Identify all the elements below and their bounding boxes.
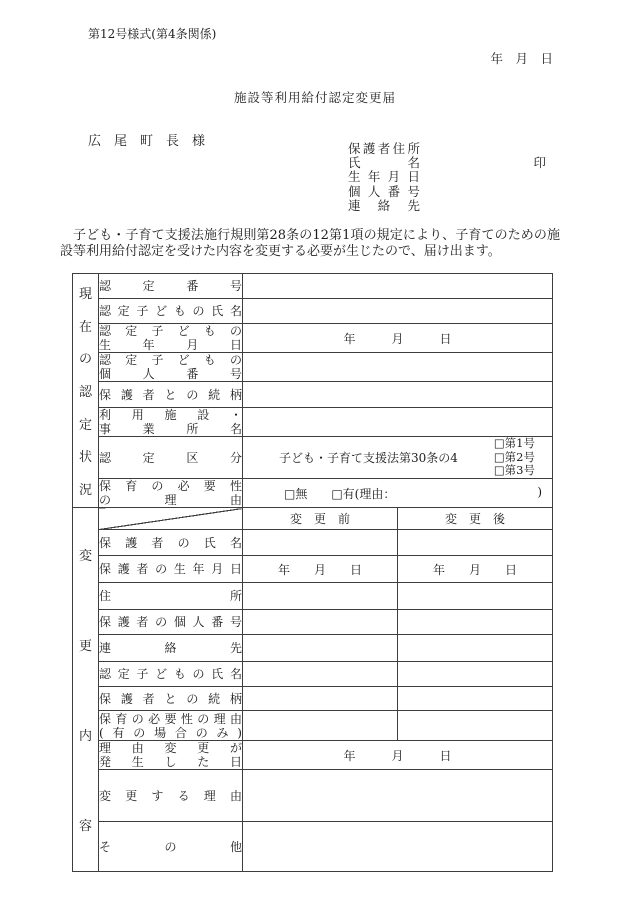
certification-category-law-text: 子ども・子育て支援法第30条の4 <box>243 449 494 466</box>
guardian-address-line: 保護者住所 <box>348 142 552 156</box>
address-before-field[interactable] <box>243 583 398 610</box>
necessity-reason-after-field[interactable] <box>398 711 553 741</box>
guardian-contact-label: 連絡先 <box>348 199 420 213</box>
child-name-before-field[interactable] <box>243 662 398 687</box>
table-row: 認定区分 子ども・子育て支援法第30条の4 □第1号 □第2号 □第3号 <box>73 437 553 479</box>
guardian-personal-number-row-label: 保護者の個人番号 <box>99 610 243 635</box>
guardian-personal-number-before-field[interactable] <box>243 610 398 635</box>
form-document-page: 第12号様式(第4条関係) 年 月 日 施設等利用給付認定変更届 広 尾 町 長… <box>0 0 630 903</box>
certification-category-label: 認定区分 <box>99 437 243 479</box>
certification-change-table: 現 在 の 認 定 状 況 認定番号 認定子どもの氏名 <box>72 273 553 872</box>
guardian-name-label: 氏名 <box>348 156 420 170</box>
table-row: 認定子どもの 生年月日 年 月 日 <box>73 324 553 353</box>
table-row: 認定子どもの 個人番号 <box>73 353 553 382</box>
relationship-field[interactable] <box>243 382 553 408</box>
other-field[interactable] <box>243 822 553 872</box>
certified-child-personal-number-label: 認定子どもの 個人番号 <box>99 353 243 382</box>
relationship-row-label: 保護者との続柄 <box>99 687 243 711</box>
change-section-label: 変 更 内 容 <box>73 508 99 872</box>
certified-child-name-label: 認定子どもの氏名 <box>99 299 243 324</box>
submission-date: 年 月 日 <box>490 49 553 67</box>
table-row: 変更する理由 <box>73 770 553 822</box>
table-row: 現 在 の 認 定 状 況 認定番号 <box>73 274 553 299</box>
table-row: 利用施設・ 事業所名 <box>73 408 553 437</box>
relationship-after-field[interactable] <box>398 687 553 711</box>
table-row: 変 更 内 容 変 更 前 変 更 後 <box>73 508 553 530</box>
guardian-name-row-label: 保護者の氏名 <box>99 530 243 556</box>
certification-number-label: 認定番号 <box>99 274 243 299</box>
guardian-name-line: 氏名 印 <box>348 156 552 170</box>
facility-name-field[interactable] <box>243 408 553 437</box>
relationship-before-field[interactable] <box>243 687 398 711</box>
table-row: 保護者との続柄 <box>73 687 553 711</box>
certified-child-birthdate-field[interactable]: 年 月 日 <box>243 324 553 353</box>
table-row: 住所 <box>73 583 553 610</box>
child-name-row-label: 認定子どもの氏名 <box>99 662 243 687</box>
childcare-necessity-label: 保育の必要性 の理由 <box>99 479 243 508</box>
guardian-birthdate-after-field[interactable]: 年 月 日 <box>398 556 553 583</box>
guardian-personal-number-line: 個人番号 <box>348 185 552 199</box>
checkbox-category-3[interactable]: □第3号 <box>494 464 535 478</box>
table-row: 保護者との続柄 <box>73 382 553 408</box>
change-reason-field[interactable] <box>243 770 553 822</box>
certified-child-personal-number-field[interactable] <box>243 353 553 382</box>
relationship-label: 保護者との続柄 <box>99 382 243 408</box>
guardian-contact-line: 連絡先 <box>348 199 552 213</box>
certification-category-field: 子ども・子育て支援法第30条の4 □第1号 □第2号 □第3号 <box>243 437 553 479</box>
table-row: 保育の必要性 の理由 □無 □有(理由： ) <box>73 479 553 508</box>
guardian-personal-number-after-field[interactable] <box>398 610 553 635</box>
child-name-after-field[interactable] <box>398 662 553 687</box>
column-header-after: 変 更 後 <box>398 508 553 530</box>
table-row: 保護者の氏名 <box>73 530 553 556</box>
seal-mark: 印 <box>533 156 552 170</box>
contact-after-field[interactable] <box>398 635 553 662</box>
address-after-field[interactable] <box>398 583 553 610</box>
necessity-reason-row-label: 保育の必要性の理由 (有の場合のみ) <box>99 711 243 741</box>
addressee-mayor: 広 尾 町 長 様 <box>88 130 205 149</box>
certification-number-field[interactable] <box>243 274 553 299</box>
declaration-text: 子ども・子育て支援法施行規則第28条の12第1項の規定により、子育てのための施設… <box>60 228 560 259</box>
table-row: 連絡先 <box>73 635 553 662</box>
diagonal-divider-cell <box>99 508 243 530</box>
other-label: その他 <box>99 822 243 872</box>
change-reason-label: 変更する理由 <box>99 770 243 822</box>
table-row: 保育の必要性の理由 (有の場合のみ) <box>73 711 553 741</box>
applicant-block: 保護者住所 氏名 印 生年月日 個人番号 連絡先 <box>348 142 552 213</box>
guardian-birthdate-before-field[interactable]: 年 月 日 <box>243 556 398 583</box>
table-row: その他 <box>73 822 553 872</box>
checkbox-category-1[interactable]: □第1号 <box>494 437 535 451</box>
table-row: 認定子どもの氏名 <box>73 299 553 324</box>
reason-change-date-field[interactable]: 年 月 日 <box>243 741 553 770</box>
address-row-label: 住所 <box>99 583 243 610</box>
necessity-reason-close-paren: ) <box>537 485 542 502</box>
guardian-birthdate-label: 生年月日 <box>348 170 420 184</box>
reason-change-date-label: 理由変更が 発生した日 <box>99 741 243 770</box>
form-code: 第12号様式(第4条関係) <box>88 25 216 42</box>
guardian-birthdate-line: 生年月日 <box>348 170 552 184</box>
guardian-personal-number-label: 個人番号 <box>348 185 420 199</box>
guardian-name-after-field[interactable] <box>398 530 553 556</box>
facility-name-label: 利用施設・ 事業所名 <box>99 408 243 437</box>
checkbox-necessity-none-yes[interactable]: □無 □有(理由： <box>284 485 395 502</box>
column-header-before: 変 更 前 <box>243 508 398 530</box>
page-title: 施設等利用給付認定変更届 <box>0 88 630 106</box>
contact-before-field[interactable] <box>243 635 398 662</box>
current-status-section-label: 現 在 の 認 定 状 況 <box>73 274 99 508</box>
checkbox-category-2[interactable]: □第2号 <box>494 451 535 465</box>
table-row: 理由変更が 発生した日 年 月 日 <box>73 741 553 770</box>
contact-row-label: 連絡先 <box>99 635 243 662</box>
guardian-name-before-field[interactable] <box>243 530 398 556</box>
certification-category-checkboxes: □第1号 □第2号 □第3号 <box>494 437 552 478</box>
childcare-necessity-field: □無 □有(理由： ) <box>243 479 553 508</box>
table-row: 認定子どもの氏名 <box>73 662 553 687</box>
table-row: 保護者の個人番号 <box>73 610 553 635</box>
certified-child-name-field[interactable] <box>243 299 553 324</box>
guardian-address-label: 保護者住所 <box>348 142 420 156</box>
table-row: 保護者の生年月日 年 月 日 年 月 日 <box>73 556 553 583</box>
necessity-reason-before-field[interactable] <box>243 711 398 741</box>
guardian-birthdate-row-label: 保護者の生年月日 <box>99 556 243 583</box>
certified-child-birthdate-label: 認定子どもの 生年月日 <box>99 324 243 353</box>
